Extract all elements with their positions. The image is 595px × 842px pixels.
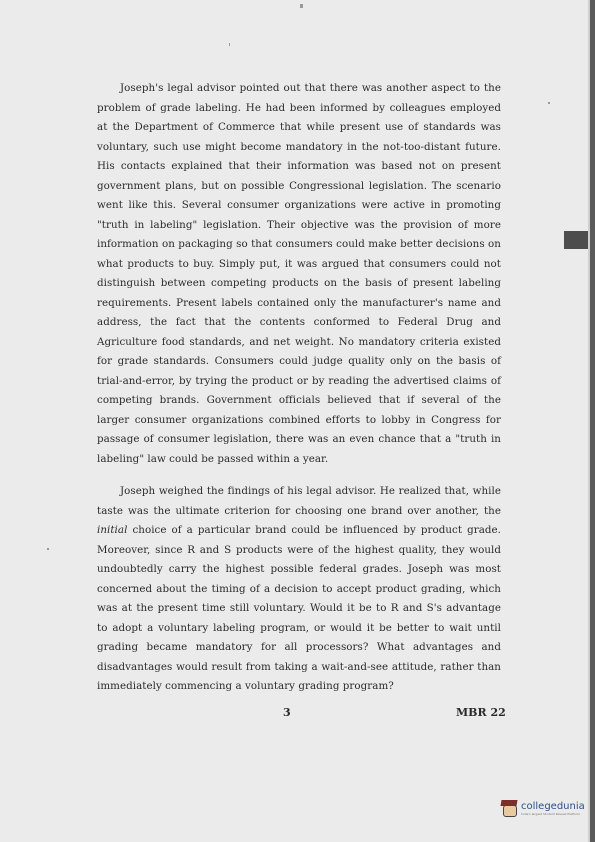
paragraph-legal-advisor: Joseph's legal advisor pointed out that …: [97, 79, 501, 469]
document-code: MBR 22: [456, 706, 506, 719]
watermark-brand: collegedunia: [521, 801, 585, 812]
page-tab-marker: [564, 231, 588, 249]
paragraph-joseph-decision: Joseph weighed the findings of his legal…: [97, 482, 501, 697]
graduate-mascot-icon: [500, 800, 518, 816]
paragraph-text: Joseph's legal advisor pointed out that …: [97, 82, 501, 465]
collegedunia-watermark: collegedunia India's largest Student Rev…: [500, 800, 585, 816]
emphasis-initial: initial: [97, 524, 127, 536]
page-edge: [590, 0, 595, 842]
paragraph-text-before: Joseph weighed the findings of his legal…: [97, 485, 501, 517]
document-page: Joseph's legal advisor pointed out that …: [0, 0, 590, 842]
scan-speck: [300, 4, 303, 8]
watermark-tagline: India's largest Student Review Platform: [521, 812, 585, 816]
page-number: 3: [283, 706, 291, 719]
scan-speck: [548, 102, 550, 104]
scan-speck: [47, 548, 49, 550]
scan-speck: [229, 43, 230, 46]
paragraph-text-after: choice of a particular brand could be in…: [97, 524, 501, 692]
